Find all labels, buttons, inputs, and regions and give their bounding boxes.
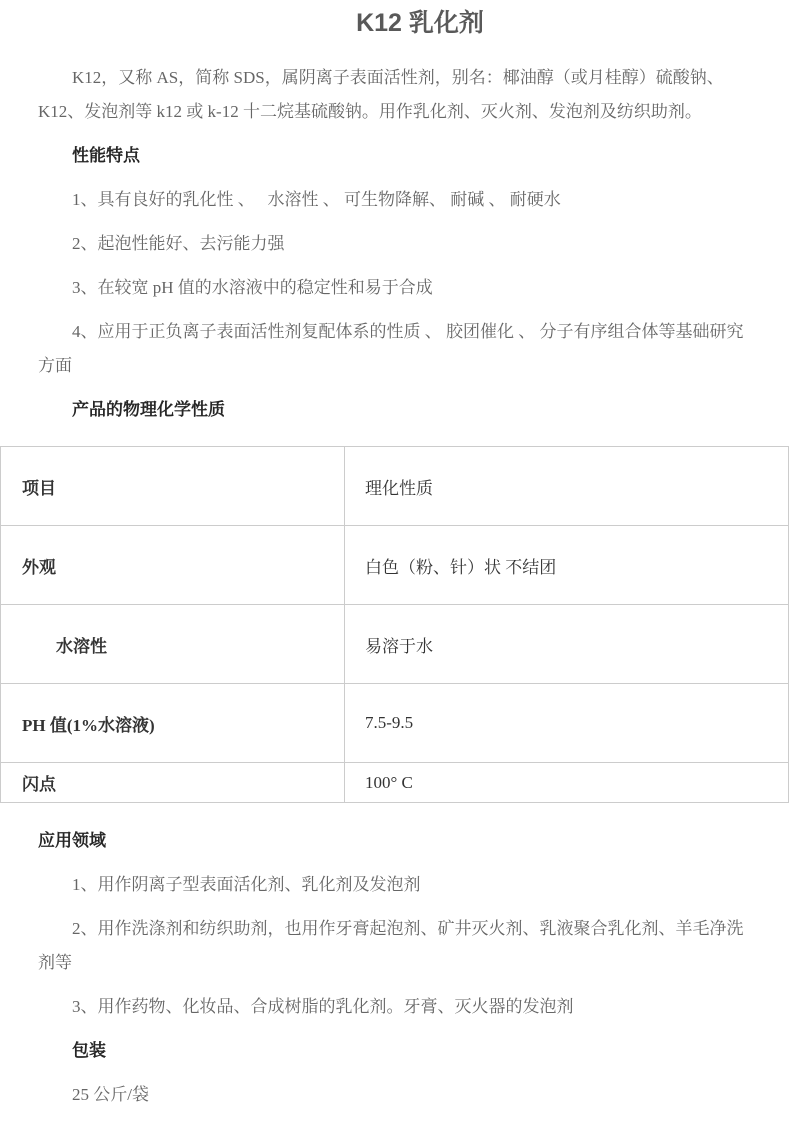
table-cell-value: 7.5-9.5 bbox=[345, 684, 789, 763]
table-cell-value: 理化性质 bbox=[345, 447, 789, 526]
table-cell-label: 外观 bbox=[1, 526, 345, 605]
feature-item-3: 3、在较宽 pH 值的水溶液中的稳定性和易于合成 bbox=[38, 271, 752, 305]
document-page: K12 乳化剂 K12，又称 AS，简称 SDS，属阴离子表面活性剂，别名：椰油… bbox=[0, 6, 790, 1112]
feature-item-4: 4、应用于正负离子表面活性剂复配体系的性质 、 胶团催化 、 分子有序组合体等基… bbox=[38, 315, 752, 383]
table-cell-value: 100° C bbox=[345, 763, 789, 803]
feature-item-1: 1、具有良好的乳化性 、 水溶性 、 可生物降解、 耐碱 、 耐硬水 bbox=[38, 183, 752, 217]
table-cell-label: 水溶性 bbox=[1, 605, 345, 684]
intro-paragraph: K12，又称 AS，简称 SDS，属阴离子表面活性剂，别名：椰油醇（或月桂醇）硫… bbox=[38, 61, 752, 129]
applications-section: 应用领域 1、用作阴离子型表面活化剂、乳化剂及发泡剂 2、用作洗涤剂和纺织助剂，… bbox=[0, 824, 790, 1112]
application-item-3: 3、用作药物、化妆品、合成树脂的乳化剂。牙膏、灭火器的发泡剂 bbox=[38, 990, 752, 1024]
properties-table: 项目 理化性质 外观 白色（粉、针）状 不结团 水溶性 易溶于水 PH 值(1%… bbox=[0, 446, 789, 803]
table-cell-label: 闪点 bbox=[1, 763, 345, 803]
table-row: 水溶性 易溶于水 bbox=[1, 605, 789, 684]
intro-section: K12，又称 AS，简称 SDS，属阴离子表面活性剂，别名：椰油醇（或月桂醇）硫… bbox=[0, 61, 790, 427]
table-cell-label: 项目 bbox=[1, 447, 345, 526]
table-cell-value: 易溶于水 bbox=[345, 605, 789, 684]
feature-item-2: 2、起泡性能好、去污能力强 bbox=[38, 227, 752, 261]
application-item-2: 2、用作洗涤剂和纺织助剂，也用作牙膏起泡剂、矿井灭火剂、乳液聚合乳化剂、羊毛净洗… bbox=[38, 912, 752, 980]
table-cell-label: PH 值(1%水溶液) bbox=[1, 684, 345, 763]
section-heading-properties: 产品的物理化学性质 bbox=[38, 393, 752, 427]
section-heading-features: 性能特点 bbox=[38, 139, 752, 173]
packaging-text: 25 公斤/袋 bbox=[38, 1078, 752, 1112]
section-heading-packaging: 包装 bbox=[38, 1034, 752, 1068]
table-row: 闪点 100° C bbox=[1, 763, 789, 803]
application-item-1: 1、用作阴离子型表面活化剂、乳化剂及发泡剂 bbox=[38, 868, 752, 902]
section-heading-applications: 应用领域 bbox=[38, 824, 752, 858]
table-row: 项目 理化性质 bbox=[1, 447, 789, 526]
page-title: K12 乳化剂 bbox=[0, 6, 790, 40]
table-row: PH 值(1%水溶液) 7.5-9.5 bbox=[1, 684, 789, 763]
table-row: 外观 白色（粉、针）状 不结团 bbox=[1, 526, 789, 605]
table-cell-value: 白色（粉、针）状 不结团 bbox=[345, 526, 789, 605]
